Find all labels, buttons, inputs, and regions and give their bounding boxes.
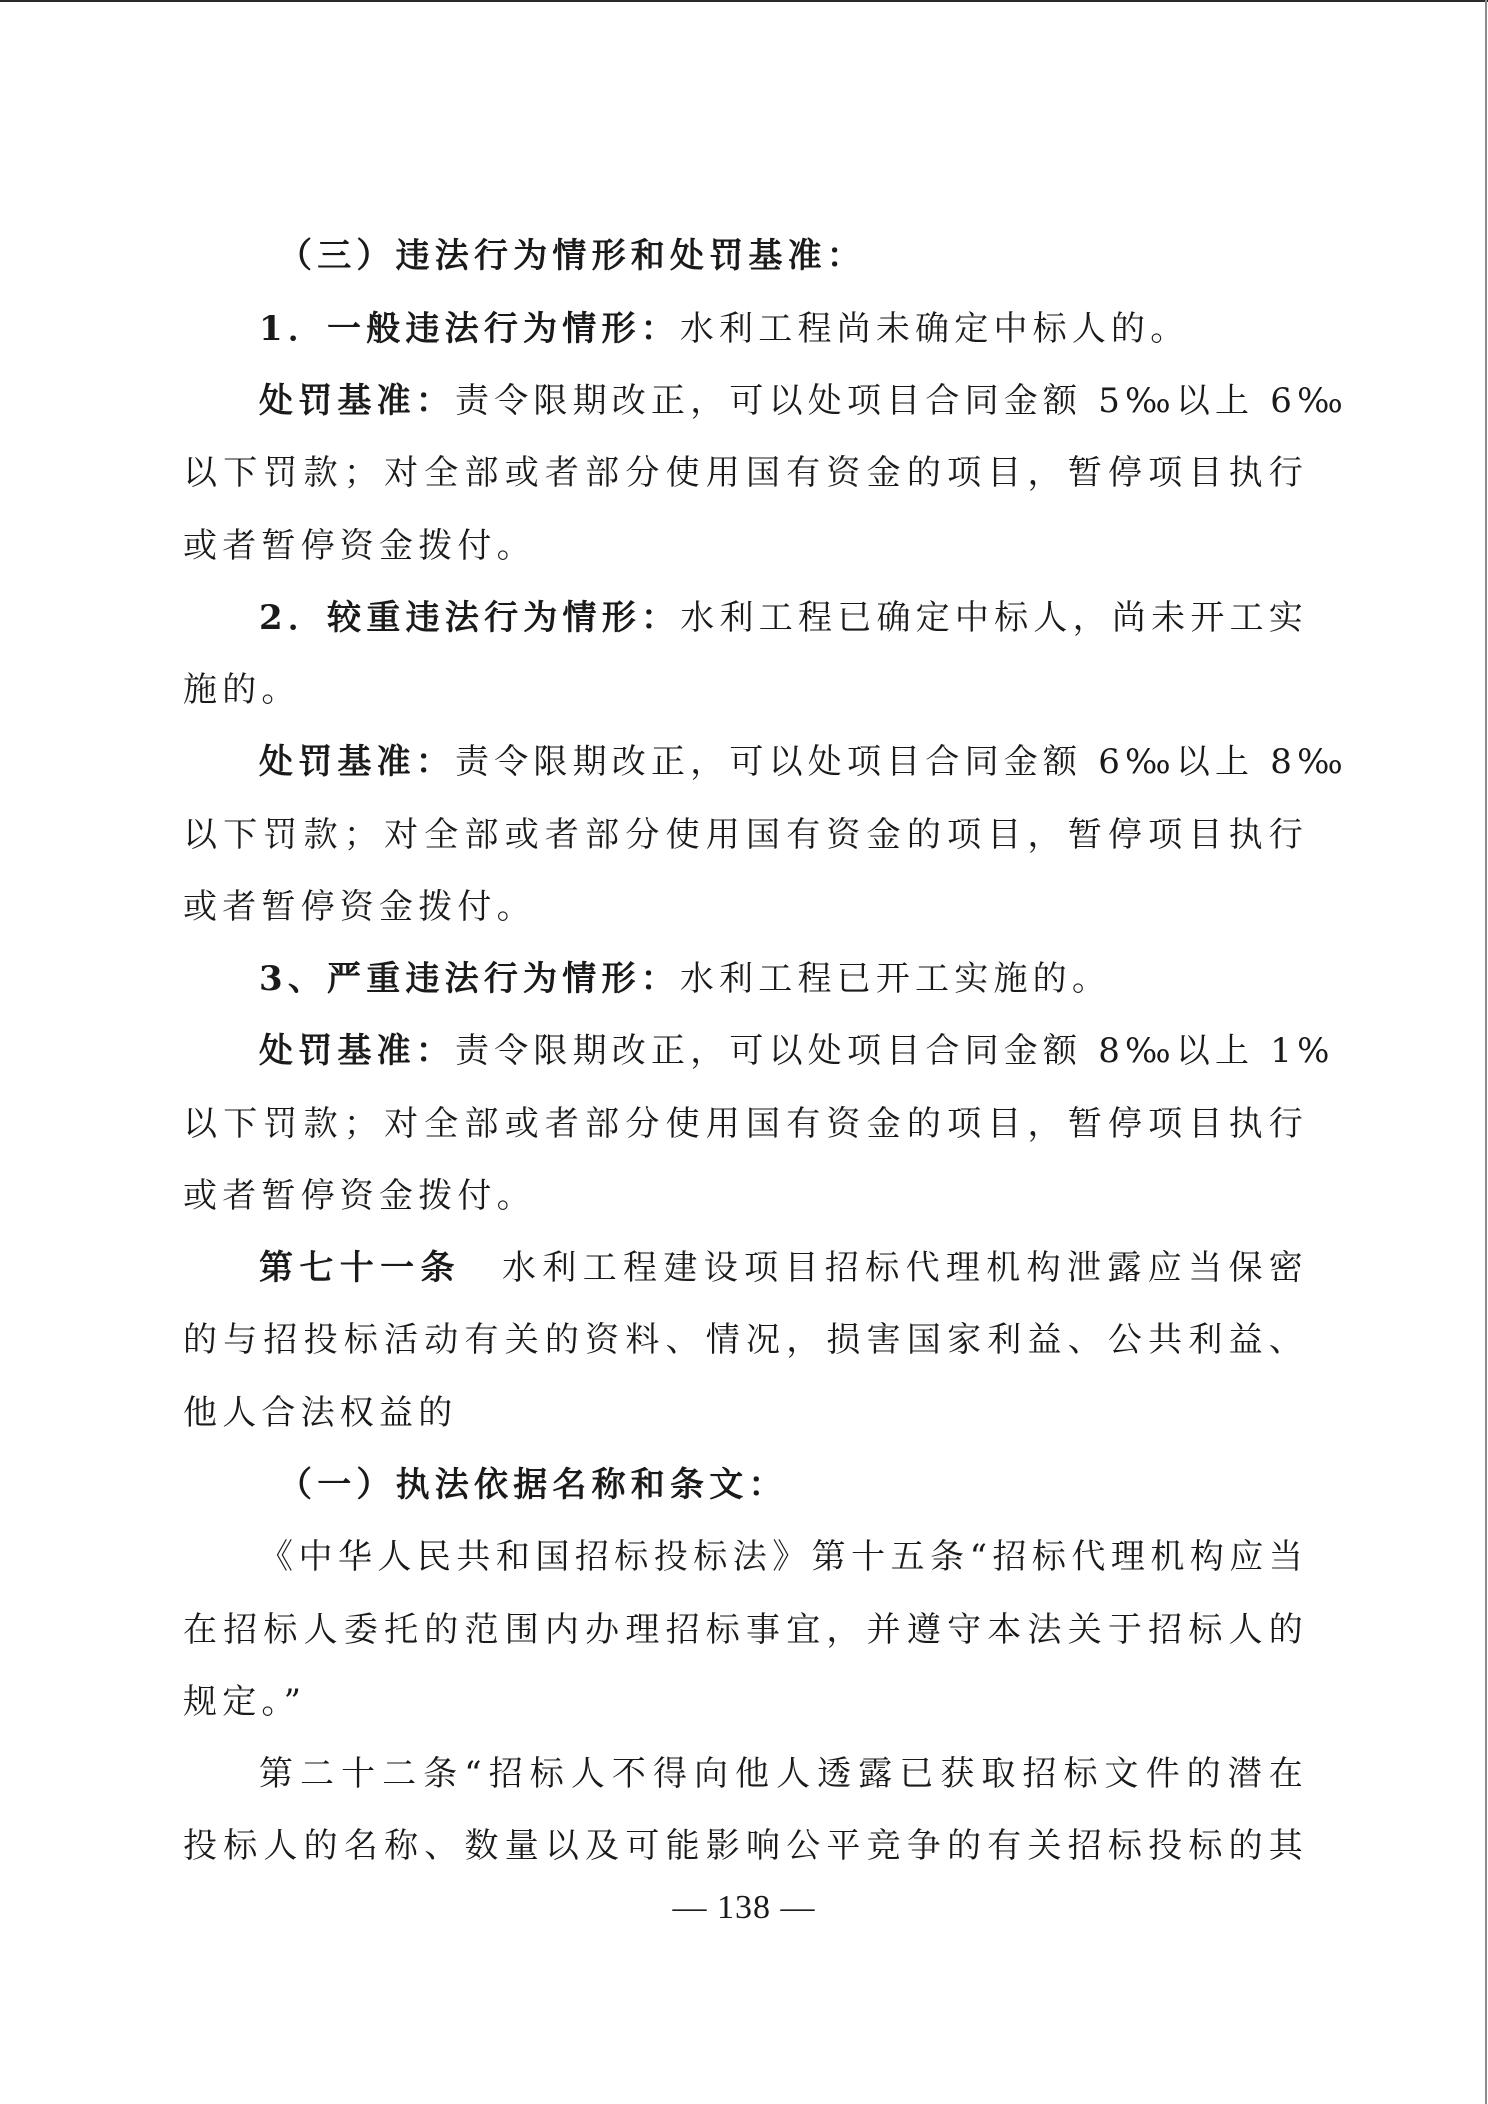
- law-quote1-line3: 规定。”: [183, 1682, 306, 1722]
- article71-text: 水利工程建设项目招标代理机构泄露应当保密: [501, 1248, 1308, 1288]
- item3-penalty-text: 责令限期改正，可以处项目合同金额 8‰以上 1%: [455, 1031, 1335, 1071]
- item1-penalty-text: 责令限期改正，可以处项目合同金额 5‰以上 6‰: [455, 381, 1348, 421]
- item1-penalty-line2: 以下罚款；对全部或者部分使用国有资金的项目，暂停项目执行: [183, 453, 1308, 493]
- item2-line2: 施的。: [183, 670, 301, 710]
- item2-line1: 2．较重违法行为情形：水利工程已确定中标人，尚未开工实: [259, 598, 1308, 638]
- page-right-border: [1485, 0, 1487, 2104]
- item1-line: 1．一般违法行为情形：水利工程尚未确定中标人的。: [259, 309, 1189, 349]
- item1-label: 1．一般违法行为情形：: [259, 309, 680, 349]
- item3-penalty-line3: 或者暂停资金拨付。: [183, 1176, 536, 1216]
- item3-text: 水利工程已开工实施的。: [680, 959, 1111, 999]
- section-heading-legal-basis: （一）执法依据名称和条文：: [278, 1465, 788, 1505]
- item3-penalty-label: 处罚基准：: [259, 1031, 455, 1071]
- law-quote1-line1: 《中华人民共和国招标投标法》第十五条“招标代理机构应当: [259, 1537, 1308, 1577]
- item1-text: 水利工程尚未确定中标人的。: [680, 309, 1190, 349]
- article71-line3: 他人合法权益的: [183, 1393, 457, 1433]
- item3-line: 3、严重违法行为情形：水利工程已开工实施的。: [259, 959, 1111, 999]
- article71-label: 第七十一条: [259, 1248, 461, 1288]
- item2-penalty-label: 处罚基准：: [259, 742, 455, 782]
- item1-penalty-label: 处罚基准：: [259, 381, 455, 421]
- item2-penalty-line2: 以下罚款；对全部或者部分使用国有资金的项目，暂停项目执行: [183, 815, 1308, 855]
- item1-penalty-line1: 处罚基准：责令限期改正，可以处项目合同金额 5‰以上 6‰: [259, 381, 1308, 421]
- item3-penalty-line1: 处罚基准：责令限期改正，可以处项目合同金额 8‰以上 1%: [259, 1031, 1308, 1071]
- page-top-border: [0, 0, 1488, 2]
- item2-penalty-line3: 或者暂停资金拨付。: [183, 887, 536, 927]
- item3-penalty-line2: 以下罚款；对全部或者部分使用国有资金的项目，暂停项目执行: [183, 1104, 1308, 1144]
- item2-label: 2．较重违法行为情形：: [259, 598, 680, 638]
- page-number: — 138 —: [0, 1888, 1488, 1928]
- item2-penalty-text: 责令限期改正，可以处项目合同金额 6‰以上 8‰: [455, 742, 1348, 782]
- law-quote2-line2: 投标人的名称、数量以及可能影响公平竞争的有关招标投标的其: [183, 1826, 1308, 1866]
- law-quote2-line1: 第二十二条“招标人不得向他人透露已获取招标文件的潜在: [259, 1754, 1308, 1794]
- law-quote1-line2: 在招标人委托的范围内办理招标事宜，并遵守本法关于招标人的: [183, 1610, 1308, 1650]
- item2-penalty-line1: 处罚基准：责令限期改正，可以处项目合同金额 6‰以上 8‰: [259, 742, 1308, 782]
- item3-label: 3、严重违法行为情形：: [259, 959, 680, 999]
- article71-line2: 的与招投标活动有关的资料、情况，损害国家利益、公共利益、: [183, 1320, 1308, 1360]
- article71-line1: 第七十一条水利工程建设项目招标代理机构泄露应当保密: [259, 1248, 1308, 1288]
- item2-text: 水利工程已确定中标人，尚未开工实: [680, 598, 1308, 638]
- item1-penalty-line3: 或者暂停资金拨付。: [183, 526, 536, 566]
- section-heading-violation-penalty: （三）违法行为情形和处罚基准：: [278, 236, 866, 276]
